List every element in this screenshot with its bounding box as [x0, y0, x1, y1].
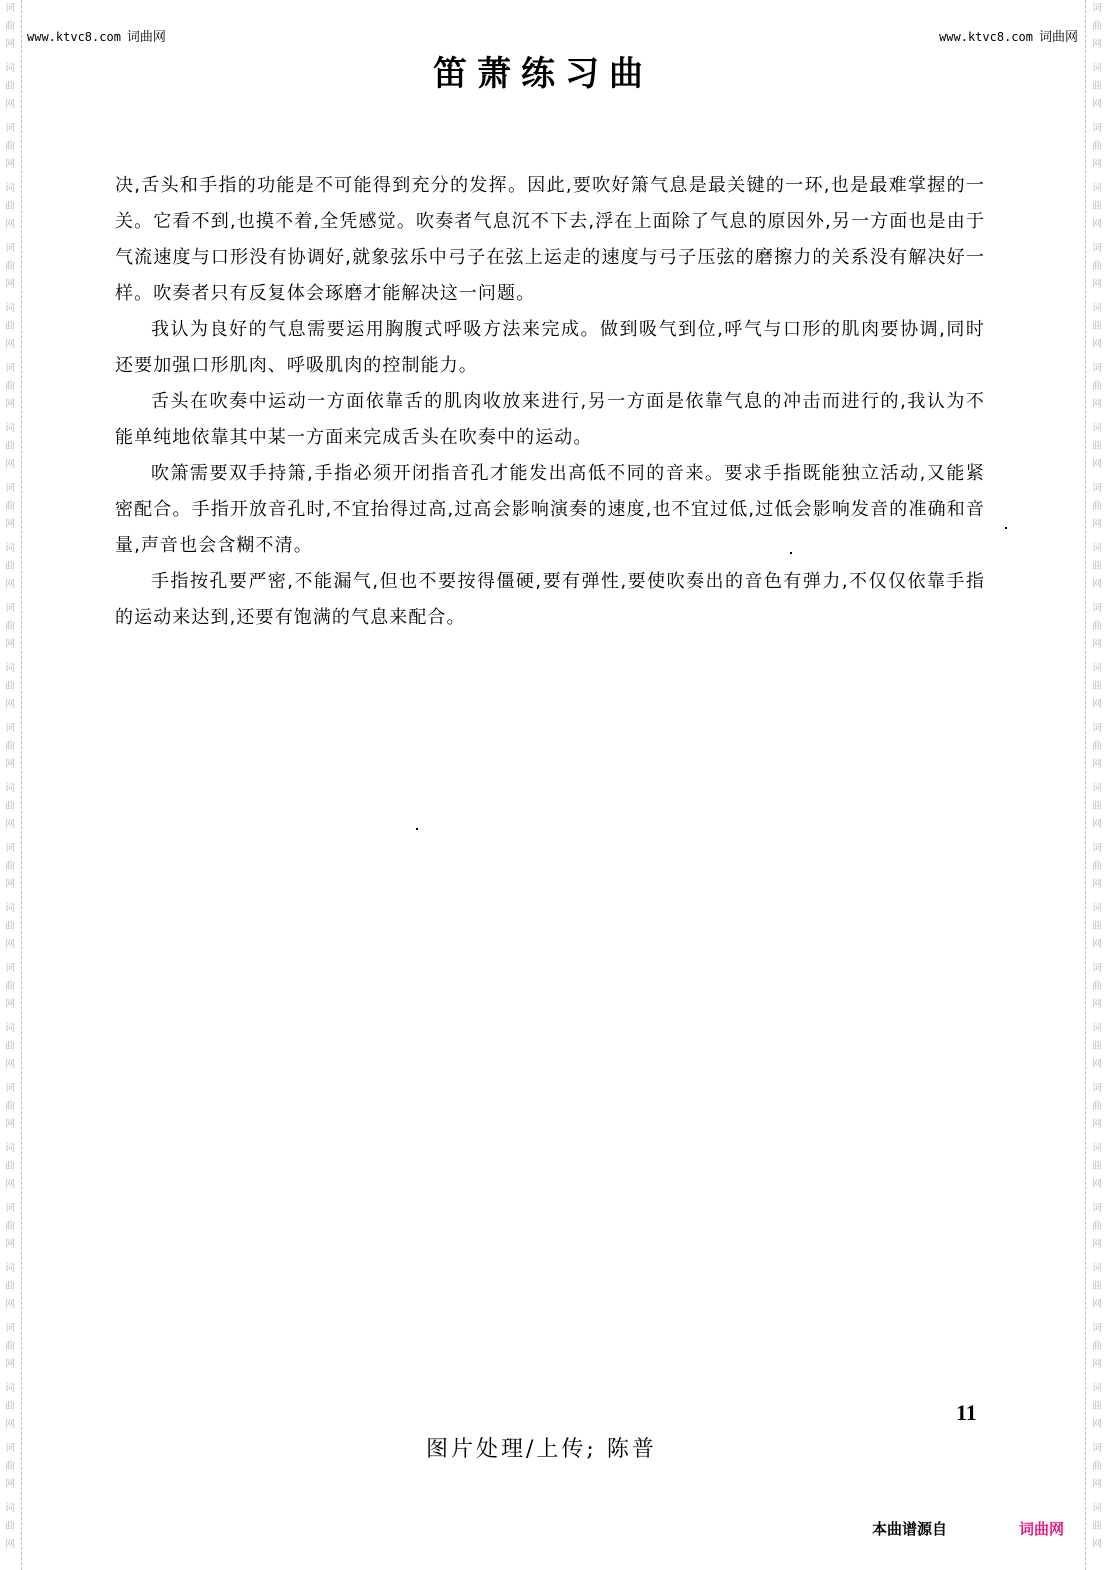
watermark-group: 词曲网 [5, 1020, 15, 1080]
watermark-char: 网 [1092, 1176, 1102, 1194]
watermark-group: 词曲网 [1092, 60, 1102, 120]
watermark-char: 网 [5, 336, 15, 354]
paragraph: 我认为良好的气息需要运用胸腹式呼吸方法来完成。做到吸气到位,呼气与口形的肌肉要协… [115, 312, 985, 384]
watermark-char: 网 [5, 756, 15, 774]
watermark-char: 网 [5, 936, 15, 954]
watermark-group: 词曲网 [5, 300, 15, 360]
watermark-char: 曲 [1092, 1398, 1102, 1416]
watermark-group: 词曲网 [1092, 720, 1102, 780]
watermark-char: 词 [5, 1320, 15, 1338]
watermark-char: 网 [1092, 1056, 1102, 1074]
watermark-char: 曲 [5, 498, 15, 516]
watermark-char: 网 [5, 216, 15, 234]
watermark-char: 曲 [1092, 1098, 1102, 1116]
watermark-group: 词曲网 [1092, 240, 1102, 300]
watermark-char: 曲 [5, 1218, 15, 1236]
watermark-group: 词曲网 [1092, 960, 1102, 1020]
watermark-char: 网 [1092, 876, 1102, 894]
watermark-char: 网 [1092, 216, 1102, 234]
site-url[interactable]: www.ktvc8.com [27, 30, 121, 44]
watermark-char: 网 [5, 1176, 15, 1194]
watermark-char: 曲 [1092, 1038, 1102, 1056]
watermark-char: 网 [1092, 396, 1102, 414]
paragraph: 决,舌头和手指的功能是不可能得到充分的发挥。因此,要吹好箫气息是最关键的一环,也… [115, 168, 985, 312]
watermark-group: 词曲网 [5, 780, 15, 840]
scan-speck [1005, 527, 1007, 529]
article-body: 决,舌头和手指的功能是不可能得到充分的发挥。因此,要吹好箫气息是最关键的一环,也… [115, 168, 985, 636]
watermark-group: 词曲网 [5, 840, 15, 900]
watermark-char: 词 [1092, 1440, 1102, 1458]
watermark-group: 词曲网 [5, 1200, 15, 1260]
right-watermark-column: 词曲网词曲网词曲网词曲网词曲网词曲网词曲网词曲网词曲网词曲网词曲网词曲网词曲网词… [1087, 0, 1106, 1570]
watermark-group: 词曲网 [5, 1440, 15, 1500]
watermark-char: 词 [1092, 420, 1102, 438]
site-name: 词曲网 [1039, 30, 1078, 45]
watermark-group: 词曲网 [1092, 1260, 1102, 1320]
watermark-char: 网 [1092, 1416, 1102, 1434]
watermark-group: 词曲网 [5, 1080, 15, 1140]
watermark-char: 词 [1092, 240, 1102, 258]
watermark-char: 词 [1092, 1140, 1102, 1158]
watermark-group: 词曲网 [5, 480, 15, 540]
watermark-group: 词曲网 [5, 960, 15, 1020]
watermark-char: 曲 [5, 678, 15, 696]
watermark-char: 网 [1092, 816, 1102, 834]
source-site-link[interactable]: 词曲网 [1019, 1518, 1064, 1539]
watermark-char: 词 [5, 1020, 15, 1038]
watermark-group: 词曲网 [5, 1380, 15, 1440]
paragraph: 吹箫需要双手持箫,手指必须开闭指音孔才能发出高低不同的音来。要求手指既能独立活动… [115, 456, 985, 564]
watermark-char: 词 [5, 1500, 15, 1518]
watermark-group: 词曲网 [5, 900, 15, 960]
watermark-char: 曲 [5, 138, 15, 156]
watermark-char: 曲 [5, 978, 15, 996]
watermark-char: 词 [1092, 1320, 1102, 1338]
watermark-char: 网 [5, 1116, 15, 1134]
watermark-char: 网 [1092, 96, 1102, 114]
watermark-char: 词 [5, 1440, 15, 1458]
watermark-group: 词曲网 [5, 660, 15, 720]
watermark-char: 词 [5, 780, 15, 798]
watermark-char: 网 [1092, 276, 1102, 294]
watermark-char: 词 [1092, 1500, 1102, 1518]
watermark-group: 词曲网 [1092, 180, 1102, 240]
watermark-char: 曲 [1092, 798, 1102, 816]
watermark-char: 词 [1092, 180, 1102, 198]
watermark-char: 曲 [1092, 258, 1102, 276]
watermark-char: 网 [1092, 1356, 1102, 1374]
watermark-char: 词 [5, 180, 15, 198]
watermark-char: 词 [1092, 120, 1102, 138]
watermark-char: 词 [5, 480, 15, 498]
watermark-char: 词 [1092, 540, 1102, 558]
watermark-char: 曲 [5, 1278, 15, 1296]
watermark-group: 词曲网 [1092, 420, 1102, 480]
watermark-char: 曲 [5, 798, 15, 816]
watermark-char: 曲 [1092, 198, 1102, 216]
watermark-group: 词曲网 [5, 120, 15, 180]
watermark-char: 曲 [1092, 918, 1102, 936]
watermark-char: 曲 [1092, 1218, 1102, 1236]
watermark-group: 词曲网 [1092, 1140, 1102, 1200]
watermark-char: 网 [5, 96, 15, 114]
watermark-char: 网 [5, 696, 15, 714]
watermark-char: 网 [5, 516, 15, 534]
watermark-char: 曲 [1092, 858, 1102, 876]
watermark-char: 词 [1092, 480, 1102, 498]
watermark-char: 词 [5, 900, 15, 918]
watermark-char: 网 [1092, 756, 1102, 774]
watermark-char: 词 [1092, 1080, 1102, 1098]
watermark-char: 曲 [5, 1338, 15, 1356]
watermark-char: 词 [1092, 600, 1102, 618]
watermark-group: 词曲网 [5, 720, 15, 780]
watermark-group: 词曲网 [1092, 1500, 1102, 1560]
watermark-char: 词 [1092, 1200, 1102, 1218]
watermark-char: 曲 [1092, 138, 1102, 156]
watermark-char: 词 [1092, 0, 1102, 18]
site-url[interactable]: www.ktvc8.com [939, 30, 1033, 44]
watermark-char: 词 [5, 360, 15, 378]
watermark-char: 网 [5, 816, 15, 834]
watermark-group: 词曲网 [1092, 1020, 1102, 1080]
watermark-char: 网 [1092, 576, 1102, 594]
watermark-char: 词 [5, 1260, 15, 1278]
watermark-char: 词 [5, 840, 15, 858]
watermark-group: 词曲网 [1092, 540, 1102, 600]
watermark-char: 网 [5, 1536, 15, 1554]
watermark-char: 词 [1092, 660, 1102, 678]
watermark-group: 词曲网 [1092, 1320, 1102, 1380]
watermark-char: 曲 [1092, 1278, 1102, 1296]
watermark-char: 词 [5, 1080, 15, 1098]
watermark-char: 词 [5, 0, 15, 18]
watermark-char: 词 [5, 1140, 15, 1158]
watermark-char: 曲 [1092, 378, 1102, 396]
watermark-char: 曲 [1092, 498, 1102, 516]
watermark-char: 网 [1092, 36, 1102, 54]
watermark-char: 网 [5, 1356, 15, 1374]
watermark-group: 词曲网 [5, 600, 15, 660]
watermark-char: 曲 [5, 318, 15, 336]
watermark-group: 词曲网 [1092, 840, 1102, 900]
left-margin-dashed-line [21, 0, 22, 1570]
watermark-char: 词 [5, 120, 15, 138]
watermark-group: 词曲网 [1092, 900, 1102, 960]
watermark-group: 词曲网 [1092, 1080, 1102, 1140]
watermark-char: 网 [1092, 156, 1102, 174]
watermark-char: 曲 [5, 378, 15, 396]
watermark-char: 网 [1092, 636, 1102, 654]
watermark-char: 网 [5, 636, 15, 654]
watermark-char: 曲 [5, 258, 15, 276]
watermark-char: 网 [1092, 696, 1102, 714]
watermark-char: 曲 [5, 618, 15, 636]
watermark-char: 网 [1092, 996, 1102, 1014]
watermark-group: 词曲网 [1092, 120, 1102, 180]
watermark-char: 网 [5, 1476, 15, 1494]
watermark-char: 词 [5, 600, 15, 618]
watermark-char: 网 [5, 156, 15, 174]
watermark-char: 网 [1092, 516, 1102, 534]
watermark-char: 网 [5, 1296, 15, 1314]
watermark-group: 词曲网 [5, 360, 15, 420]
watermark-char: 词 [1092, 60, 1102, 78]
site-name: 词曲网 [127, 30, 166, 45]
watermark-group: 词曲网 [1092, 0, 1102, 60]
watermark-char: 词 [5, 1380, 15, 1398]
watermark-char: 词 [5, 960, 15, 978]
watermark-char: 网 [5, 1236, 15, 1254]
right-margin-dashed-line [1085, 0, 1086, 1570]
watermark-char: 曲 [1092, 1458, 1102, 1476]
watermark-group: 词曲网 [1092, 780, 1102, 840]
watermark-group: 词曲网 [1092, 600, 1102, 660]
watermark-char: 词 [1092, 300, 1102, 318]
watermark-char: 曲 [1092, 618, 1102, 636]
watermark-char: 词 [1092, 840, 1102, 858]
watermark-char: 曲 [5, 438, 15, 456]
watermark-group: 词曲网 [5, 1500, 15, 1560]
watermark-char: 曲 [5, 18, 15, 36]
watermark-group: 词曲网 [1092, 1200, 1102, 1260]
header-site-left[interactable]: www.ktvc8.com词曲网 [27, 26, 166, 45]
watermark-char: 词 [1092, 1020, 1102, 1038]
watermark-char: 词 [5, 660, 15, 678]
watermark-char: 曲 [1092, 78, 1102, 96]
watermark-group: 词曲网 [5, 420, 15, 480]
watermark-char: 词 [1092, 1380, 1102, 1398]
watermark-char: 词 [1092, 360, 1102, 378]
watermark-char: 曲 [1092, 1338, 1102, 1356]
watermark-group: 词曲网 [1092, 1380, 1102, 1440]
watermark-char: 曲 [1092, 558, 1102, 576]
watermark-char: 词 [5, 420, 15, 438]
source-label: 本曲谱源自 [872, 1518, 947, 1539]
watermark-char: 曲 [1092, 438, 1102, 456]
watermark-char: 词 [5, 300, 15, 318]
watermark-char: 网 [1092, 1536, 1102, 1554]
watermark-char: 曲 [5, 1518, 15, 1536]
watermark-char: 词 [5, 720, 15, 738]
header-site-right[interactable]: www.ktvc8.com词曲网 [939, 26, 1078, 45]
watermark-char: 词 [1092, 720, 1102, 738]
watermark-char: 网 [5, 576, 15, 594]
watermark-group: 词曲网 [5, 1260, 15, 1320]
watermark-char: 曲 [5, 1398, 15, 1416]
watermark-char: 网 [1092, 336, 1102, 354]
watermark-char: 词 [5, 540, 15, 558]
watermark-char: 曲 [5, 1458, 15, 1476]
watermark-char: 曲 [5, 738, 15, 756]
page-title: 笛萧练习曲 [0, 46, 1076, 95]
watermark-group: 词曲网 [1092, 300, 1102, 360]
paragraph: 手指按孔要严密,不能漏气,但也不要按得僵硬,要有弹性,要使吹奏出的音色有弹力,不… [115, 564, 985, 636]
watermark-char: 曲 [1092, 738, 1102, 756]
watermark-char: 网 [5, 996, 15, 1014]
watermark-group: 词曲网 [5, 180, 15, 240]
left-watermark-column: 词曲网词曲网词曲网词曲网词曲网词曲网词曲网词曲网词曲网词曲网词曲网词曲网词曲网词… [0, 0, 20, 1570]
watermark-char: 网 [5, 456, 15, 474]
watermark-char: 网 [1092, 1116, 1102, 1134]
watermark-group: 词曲网 [5, 240, 15, 300]
page-number: 11 [956, 1400, 977, 1426]
watermark-char: 网 [1092, 1236, 1102, 1254]
watermark-char: 曲 [5, 1098, 15, 1116]
watermark-char: 曲 [5, 198, 15, 216]
watermark-group: 词曲网 [1092, 1440, 1102, 1500]
watermark-char: 曲 [1092, 18, 1102, 36]
watermark-char: 曲 [1092, 1518, 1102, 1536]
watermark-char: 词 [1092, 780, 1102, 798]
watermark-char: 曲 [1092, 678, 1102, 696]
upload-credit: 图片处理/上传; 陈普 [426, 1432, 657, 1463]
watermark-char: 网 [5, 276, 15, 294]
watermark-char: 网 [5, 876, 15, 894]
scan-speck [790, 552, 792, 554]
watermark-char: 曲 [5, 858, 15, 876]
watermark-char: 曲 [5, 1038, 15, 1056]
watermark-group: 词曲网 [1092, 480, 1102, 540]
watermark-char: 词 [1092, 1260, 1102, 1278]
watermark-char: 网 [1092, 456, 1102, 474]
watermark-char: 曲 [1092, 1158, 1102, 1176]
watermark-char: 网 [5, 396, 15, 414]
watermark-char: 词 [1092, 960, 1102, 978]
watermark-char: 词 [1092, 900, 1102, 918]
watermark-char: 网 [5, 1416, 15, 1434]
watermark-char: 网 [5, 1056, 15, 1074]
watermark-char: 网 [1092, 1476, 1102, 1494]
watermark-char: 曲 [5, 1158, 15, 1176]
watermark-group: 词曲网 [1092, 660, 1102, 720]
watermark-char: 曲 [5, 558, 15, 576]
watermark-group: 词曲网 [5, 1140, 15, 1200]
watermark-group: 词曲网 [5, 1320, 15, 1380]
watermark-char: 词 [5, 240, 15, 258]
watermark-group: 词曲网 [5, 540, 15, 600]
watermark-char: 词 [5, 1200, 15, 1218]
watermark-group: 词曲网 [1092, 360, 1102, 420]
watermark-char: 网 [1092, 936, 1102, 954]
watermark-char: 曲 [1092, 318, 1102, 336]
scan-speck [416, 828, 418, 830]
paragraph: 舌头在吹奏中运动一方面依靠舌的肌肉收放来进行,另一方面是依靠气息的冲击而进行的,… [115, 384, 985, 456]
watermark-char: 曲 [1092, 978, 1102, 996]
watermark-char: 曲 [5, 918, 15, 936]
watermark-char: 网 [1092, 1296, 1102, 1314]
